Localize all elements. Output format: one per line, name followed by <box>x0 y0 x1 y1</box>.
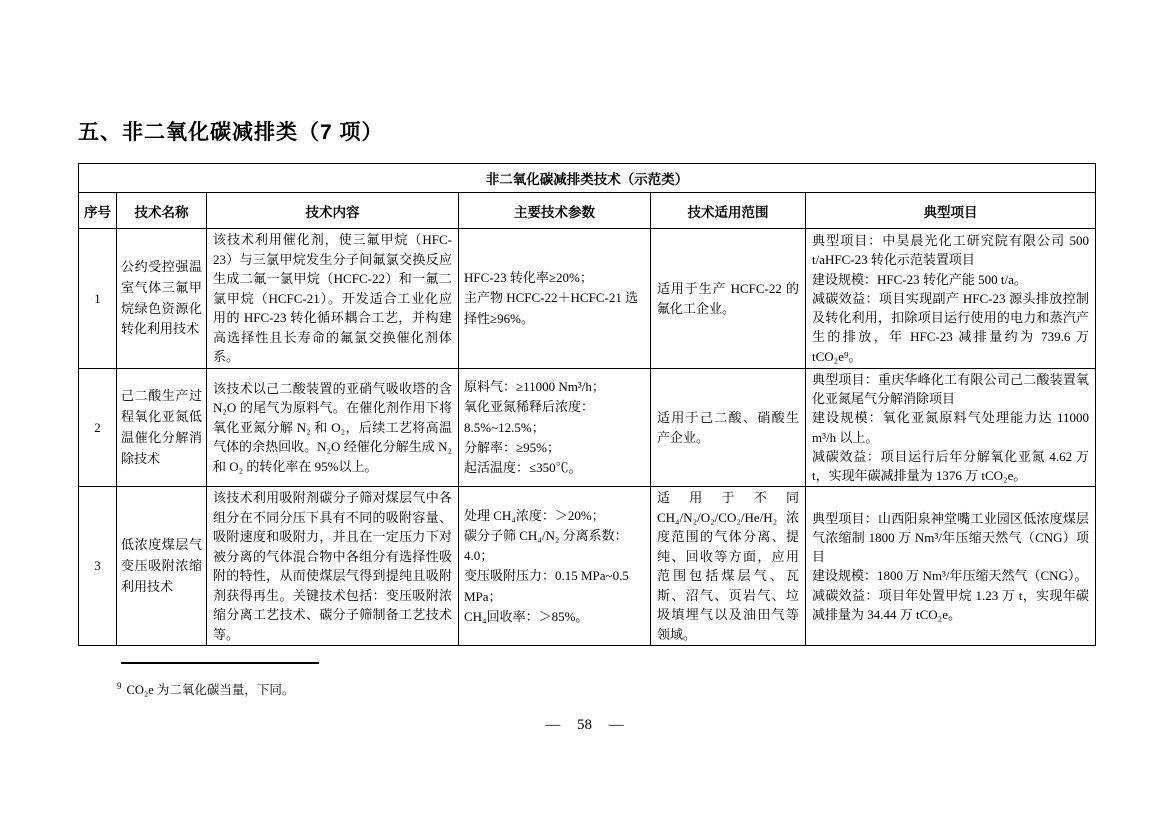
col-header-typical-project: 典型项目 <box>806 193 1096 229</box>
col-header-serial: 序号 <box>79 193 117 229</box>
col-header-tech-params: 主要技术参数 <box>459 193 651 229</box>
col-header-tech-content: 技术内容 <box>207 193 459 229</box>
cell-application-scope: 适用于己二酸、硝酸生产企业。 <box>651 369 806 487</box>
cell-tech-content: 该技术以己二酸装置的亚硝气吸收塔的含 N₂O 的尾气为原料气。在催化剂作用下将氧… <box>207 369 459 487</box>
table-row: 3 低浓度煤层气变压吸附浓缩利用技术 该技术利用吸附剂碳分子筛对煤层气中各组分在… <box>79 487 1096 646</box>
cell-tech-name: 低浓度煤层气变压吸附浓缩利用技术 <box>117 487 207 646</box>
cell-application-scope: 适用于生产 HCFC-22 的氟化工企业。 <box>651 229 806 369</box>
page-number: — 58 — <box>0 717 1169 734</box>
cell-typical-project: 典型项目：中昊晨光化工研究院有限公司 500 t/aHFC-23 转化示范装置项… <box>806 229 1096 369</box>
footnote-separator <box>121 662 319 664</box>
cell-tech-content: 该技术利用催化剂，使三氟甲烷（HFC-23）与三氯甲烷发生分子间氟氯交换反应生成… <box>207 229 459 369</box>
cell-tech-name: 己二酸生产过程氧化亚氮低温催化分解消除技术 <box>117 369 207 487</box>
table-header-row: 序号 技术名称 技术内容 主要技术参数 技术适用范围 典型项目 <box>79 193 1096 229</box>
cell-tech-params: HFC-23 转化率≥20%； 主产物 HCFC-22＋HCFC-21 选择性≥… <box>459 229 651 369</box>
footnote: 9CO₂e 为二氧化碳当量，下同。 <box>117 680 294 698</box>
cell-tech-name: 公约受控强温室气体三氟甲烷绿色资源化转化利用技术 <box>117 229 207 369</box>
cell-serial: 2 <box>79 369 117 487</box>
col-header-application-scope: 技术适用范围 <box>651 193 806 229</box>
cell-tech-params: 原料气：≥11000 Nm³/h； 氧化亚氮稀释后浓度：8.5%~12.5%； … <box>459 369 651 487</box>
cell-serial: 1 <box>79 229 117 369</box>
cell-typical-project: 典型项目：重庆华峰化工有限公司己二酸装置氧化亚氮尾气分解消除项目 建设规模：氧化… <box>806 369 1096 487</box>
cell-application-scope: 适用于不同CH₄/N₂/O₂/CO₂/He/H₂浓度范围的气体分离、提纯、回收等… <box>651 487 806 646</box>
cell-tech-params: 处理 CH₄浓度：＞20%； 碳分子筛 CH₄/N₂ 分离系数：4.0； 变压吸… <box>459 487 651 646</box>
footnote-text: CO₂e 为二氧化碳当量，下同。 <box>127 683 295 697</box>
footnote-marker: 9 <box>117 681 122 691</box>
table-caption: 非二氧化碳减排类技术（示范类） <box>79 164 1096 193</box>
cell-tech-content: 该技术利用吸附剂碳分子筛对煤层气中各组分在不同分压下具有不同的吸附容量、吸附速度… <box>207 487 459 646</box>
section-title: 五、非二氧化碳减排类（7 项） <box>78 116 384 146</box>
col-header-tech-name: 技术名称 <box>117 193 207 229</box>
cell-typical-project: 典型项目：山西阳泉神堂嘴工业园区低浓度煤层气浓缩制 1800 万 Nm³/年压缩… <box>806 487 1096 646</box>
technology-table: 非二氧化碳减排类技术（示范类） 序号 技术名称 技术内容 主要技术参数 技术适用… <box>78 163 1096 646</box>
table-caption-row: 非二氧化碳减排类技术（示范类） <box>79 164 1096 193</box>
cell-serial: 3 <box>79 487 117 646</box>
table-row: 2 己二酸生产过程氧化亚氮低温催化分解消除技术 该技术以己二酸装置的亚硝气吸收塔… <box>79 369 1096 487</box>
table-row: 1 公约受控强温室气体三氟甲烷绿色资源化转化利用技术 该技术利用催化剂，使三氟甲… <box>79 229 1096 369</box>
